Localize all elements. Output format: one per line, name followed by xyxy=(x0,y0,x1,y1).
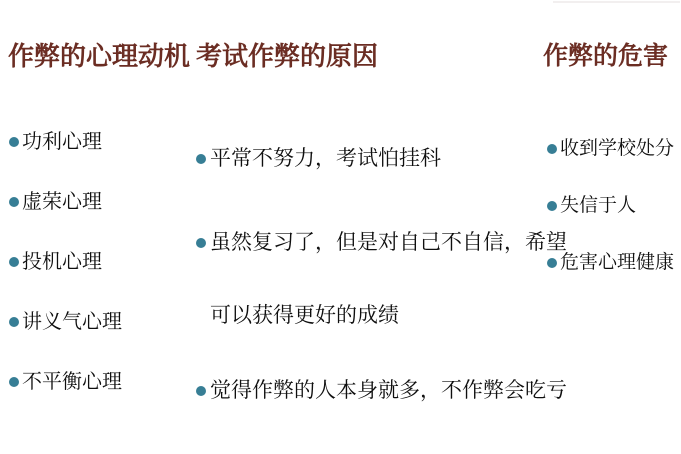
list-item-label: 不平衡心理 xyxy=(22,370,122,394)
list-item: 虽然复习了，但是对自己不自信，希望 可以获得更好的成绩 xyxy=(196,230,567,328)
list-item-label: 虚荣心理 xyxy=(22,190,102,214)
list-item: 觉得作弊的人本身就多，不作弊会吃亏 xyxy=(196,378,567,403)
top-right-rule xyxy=(553,1,680,3)
list-item: 收到学校处分 xyxy=(547,137,674,161)
bullet-icon xyxy=(9,137,19,147)
right-column-title: 作弊的危害 xyxy=(543,42,668,72)
list-item-text: 虽然复习了，但是对自己不自信，希望 可以获得更好的成绩 xyxy=(210,230,567,328)
middle-column-title: 考试作弊的原因 xyxy=(196,42,378,72)
list-item-line: 虽然复习了，但是对自己不自信，希望 xyxy=(210,230,567,255)
list-item-line: 觉得作弊的人本身就多，不作弊会吃亏 xyxy=(210,378,567,403)
bullet-icon xyxy=(547,258,557,268)
list-item-line: 平常不努力，考试怕挂科 xyxy=(210,146,441,171)
list-item-text: 平常不努力，考试怕挂科 xyxy=(210,146,441,171)
list-item-label: 失信于人 xyxy=(560,194,636,218)
bullet-icon xyxy=(9,317,19,327)
list-item: 投机心理 xyxy=(9,250,122,274)
bullet-icon xyxy=(196,238,206,248)
list-item-label: 讲义气心理 xyxy=(22,310,122,334)
left-column-list: 功利心理 虚荣心理 投机心理 讲义气心理 不平衡心理 xyxy=(9,130,122,430)
left-column-title: 作弊的心理动机 xyxy=(8,42,190,72)
bullet-icon xyxy=(547,144,557,154)
list-item-text: 觉得作弊的人本身就多，不作弊会吃亏 xyxy=(210,378,567,403)
list-item: 讲义气心理 xyxy=(9,310,122,334)
right-column-list: 收到学校处分 失信于人 危害心理健康 xyxy=(547,137,674,308)
list-item-label: 危害心理健康 xyxy=(560,251,674,275)
list-item: 虚荣心理 xyxy=(9,190,122,214)
list-item-label: 投机心理 xyxy=(22,250,102,274)
bullet-icon xyxy=(9,257,19,267)
list-item: 不平衡心理 xyxy=(9,370,122,394)
list-item: 失信于人 xyxy=(547,194,674,218)
list-item-label: 收到学校处分 xyxy=(560,137,674,161)
bullet-icon xyxy=(9,197,19,207)
list-item-label: 功利心理 xyxy=(22,130,102,154)
bullet-icon xyxy=(547,201,557,211)
list-item: 危害心理健康 xyxy=(547,251,674,275)
bullet-icon xyxy=(9,377,19,387)
bullet-icon xyxy=(196,154,206,164)
list-item-line: 可以获得更好的成绩 xyxy=(210,303,567,328)
slide-canvas: 作弊的心理动机 考试作弊的原因 作弊的危害 功利心理 虚荣心理 投机心理 讲义气… xyxy=(0,0,681,454)
list-item: 平常不努力，考试怕挂科 xyxy=(196,146,441,171)
list-item: 功利心理 xyxy=(9,130,122,154)
bullet-icon xyxy=(196,386,206,396)
